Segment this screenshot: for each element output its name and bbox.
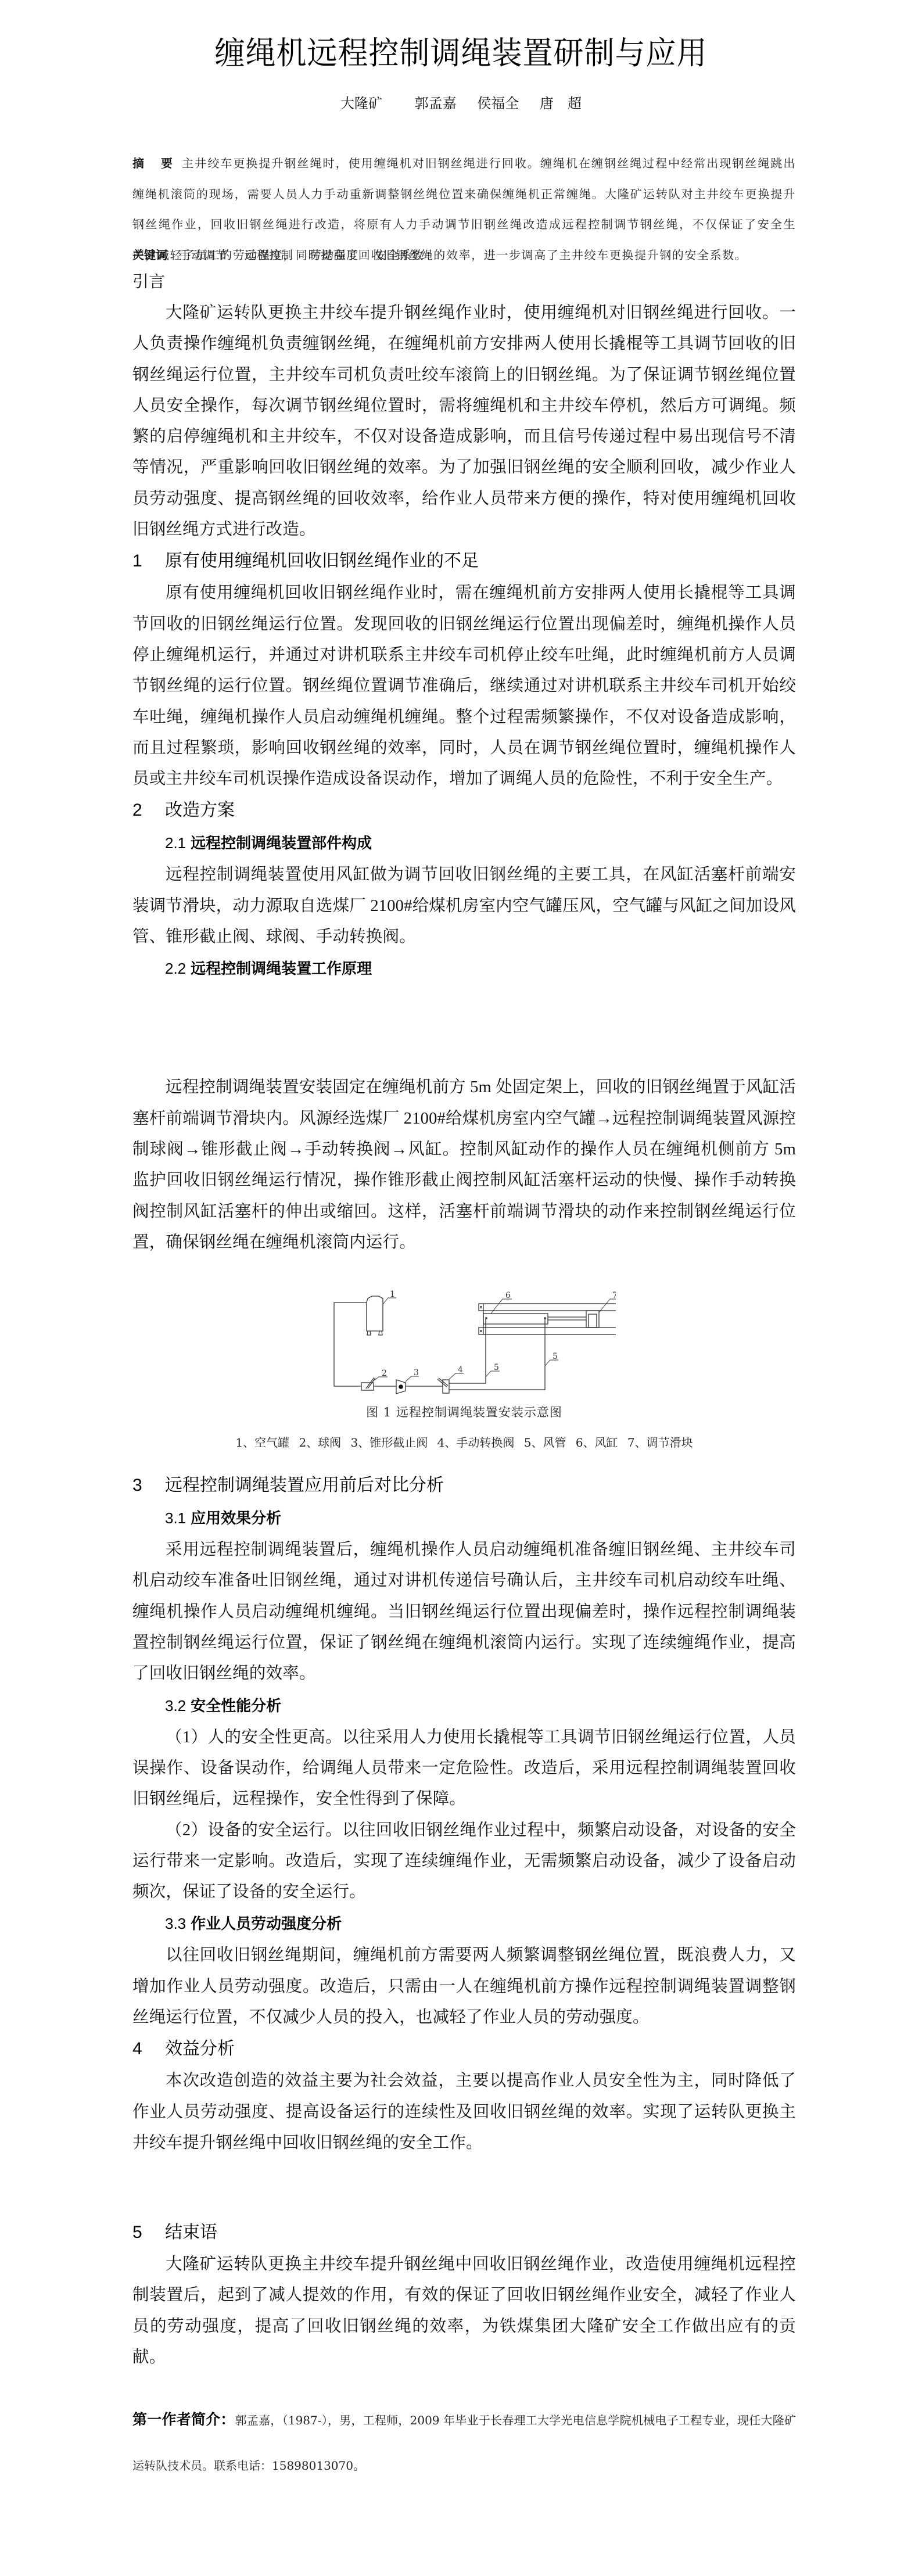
legend-item: 4、手动转换阀	[437, 1436, 515, 1450]
air-pipe-icon	[449, 1319, 545, 1390]
legend-item: 6、风缸	[576, 1436, 618, 1450]
section-3-3-paragraph: 以往回收旧钢丝绳期间，缠绳机前方需要两人频繁调整钢丝绳位置，既浪费人力，又增加作…	[132, 1940, 796, 2033]
keywords: 关键词 手动调节 远程控制 劳动强度 安全系数	[132, 240, 436, 270]
section-heading-2: 2改造方案	[132, 794, 796, 827]
author-name: 郭孟嘉	[415, 95, 457, 112]
svg-text:5: 5	[494, 1363, 499, 1372]
keyword: 远程控制	[245, 248, 293, 262]
svg-text:5: 5	[553, 1352, 558, 1361]
installation-diagram: 1 2 3 4 5 5 6 7	[314, 1274, 616, 1396]
svg-text:3: 3	[414, 1368, 419, 1377]
section-1-paragraph: 原有使用缠绳机回收旧钢丝绳作业时，需在缠绳机前方安排两人使用长撬棍等工具调节回收…	[132, 577, 796, 794]
air-tank-icon	[367, 1296, 383, 1335]
figure-caption: 图 1 远程控制调绳装置安装示意图	[132, 1403, 796, 1420]
subsection-heading-3-3: 3.3作业人员劳动强度分析	[132, 1907, 796, 1940]
legend-item: 1、空气罐	[235, 1436, 289, 1450]
air-pipe-icon	[449, 1319, 486, 1383]
legend-item: 3、锥形截止阀	[351, 1436, 428, 1450]
svg-text:4: 4	[458, 1365, 463, 1375]
paper-body: 引言 大隆矿运转队更换主井绞车提升钢丝绳作业时，使用缠绳机对旧钢丝绳进行回收。一…	[132, 267, 796, 2488]
section-2-2-paragraph: 远程控制调绳装置安装固定在缠绳机前方 5m 处固定架上，回收的旧钢丝绳置于风缸活…	[132, 1072, 796, 1258]
author-name: 唐 超	[540, 95, 582, 112]
subsection-heading-3-1: 3.1应用效果分析	[132, 1502, 796, 1534]
section-heading-4: 4效益分析	[132, 2033, 796, 2065]
legend-item: 5、风管	[524, 1436, 566, 1450]
subsection-heading-3-2: 3.2安全性能分析	[132, 1689, 796, 1722]
svg-text:6: 6	[505, 1291, 511, 1300]
section-5-paragraph: 大隆矿运转队更换主井绞车提升钢丝绳中回收旧钢丝绳作业，改造使用缠绳机远程控制装置…	[132, 2249, 796, 2373]
author-line: 大隆矿 郭孟嘉 侯福全 唐 超	[0, 92, 922, 112]
keyword: 手动调节	[179, 248, 228, 262]
section-4-paragraph: 本次改造创造的效益主要为社会效益，主要以提高作业人员安全性为主，同时降低了作业人…	[132, 2065, 796, 2158]
author-organization: 大隆矿	[340, 95, 382, 112]
intro-paragraph: 大隆矿运转队更换主井绞车提升钢丝绳作业时，使用缠绳机对旧钢丝绳进行回收。一人负责…	[132, 297, 796, 545]
svg-text:7: 7	[612, 1291, 616, 1300]
intro-heading: 引言	[132, 267, 796, 297]
section-heading-1: 1原有使用缠绳机回收旧钢丝绳作业的不足	[132, 545, 796, 577]
figure-legend: 1、空气罐 2、球阀 3、锥形截止阀 4、手动转换阀 5、风管 6、风缸 7、调…	[132, 1433, 796, 1450]
paper-title: 缠绳机远程控制调绳装置研制与应用	[0, 27, 922, 73]
blank-space	[132, 985, 796, 1072]
figure-1: 1 2 3 4 5 5 6 7 图 1 远程控制调绳装置安装示意图 1、空气罐 …	[132, 1266, 796, 1469]
section-heading-5: 5结束语	[132, 2216, 796, 2249]
abstract-label: 摘 要	[132, 156, 175, 170]
section-2-1-paragraph: 远程控制调绳装置使用风缸做为调节回收旧钢丝绳的主要工具，在风缸活塞杆前端安装调节…	[132, 859, 796, 952]
section-heading-3: 3远程控制调绳装置应用前后对比分析	[132, 1469, 796, 1502]
callout-labels: 1 2 3 4 5 5 6 7	[382, 1290, 616, 1378]
section-3-2-paragraph: （2）设备的安全运行。以往回收旧钢丝绳作业过程中，频繁启动设备，对设备的安全运行…	[132, 1815, 796, 1908]
blank-space	[132, 2158, 796, 2216]
svg-text:1: 1	[390, 1290, 395, 1299]
frame-top	[479, 1304, 616, 1311]
keywords-label: 关键词	[132, 248, 167, 262]
section-3-1-paragraph: 采用远程控制调绳装置后，缠绳机操作人员启动缠绳机准备缠旧钢丝绳、主井绞车司机启动…	[132, 1534, 796, 1689]
air-cylinder-icon	[483, 1314, 548, 1324]
section-3-2-paragraph: （1）人的安全性更高。以往采用人力使用长撬棍等工具调节旧钢丝绳运行位置，人员误操…	[132, 1722, 796, 1815]
subsection-heading-2-1: 2.1远程控制调绳装置部件构成	[132, 827, 796, 859]
svg-text:2: 2	[382, 1369, 387, 1378]
legend-item: 2、球阀	[299, 1436, 341, 1450]
author-bio: 第一作者简介：郭孟嘉，（1987-），男，工程师，2009 年毕业于长春理工大学…	[132, 2397, 796, 2488]
slider-block-icon	[586, 1311, 599, 1328]
keyword: 安全系数	[375, 248, 424, 262]
keyword: 劳动强度	[310, 248, 358, 262]
author-bio-label: 第一作者简介：	[132, 2411, 235, 2428]
subsection-heading-2-2: 2.2远程控制调绳装置工作原理	[132, 952, 796, 985]
legend-item: 7、调节滑块	[627, 1436, 693, 1450]
author-name: 侯福全	[477, 95, 519, 112]
frame-bottom	[479, 1328, 616, 1334]
